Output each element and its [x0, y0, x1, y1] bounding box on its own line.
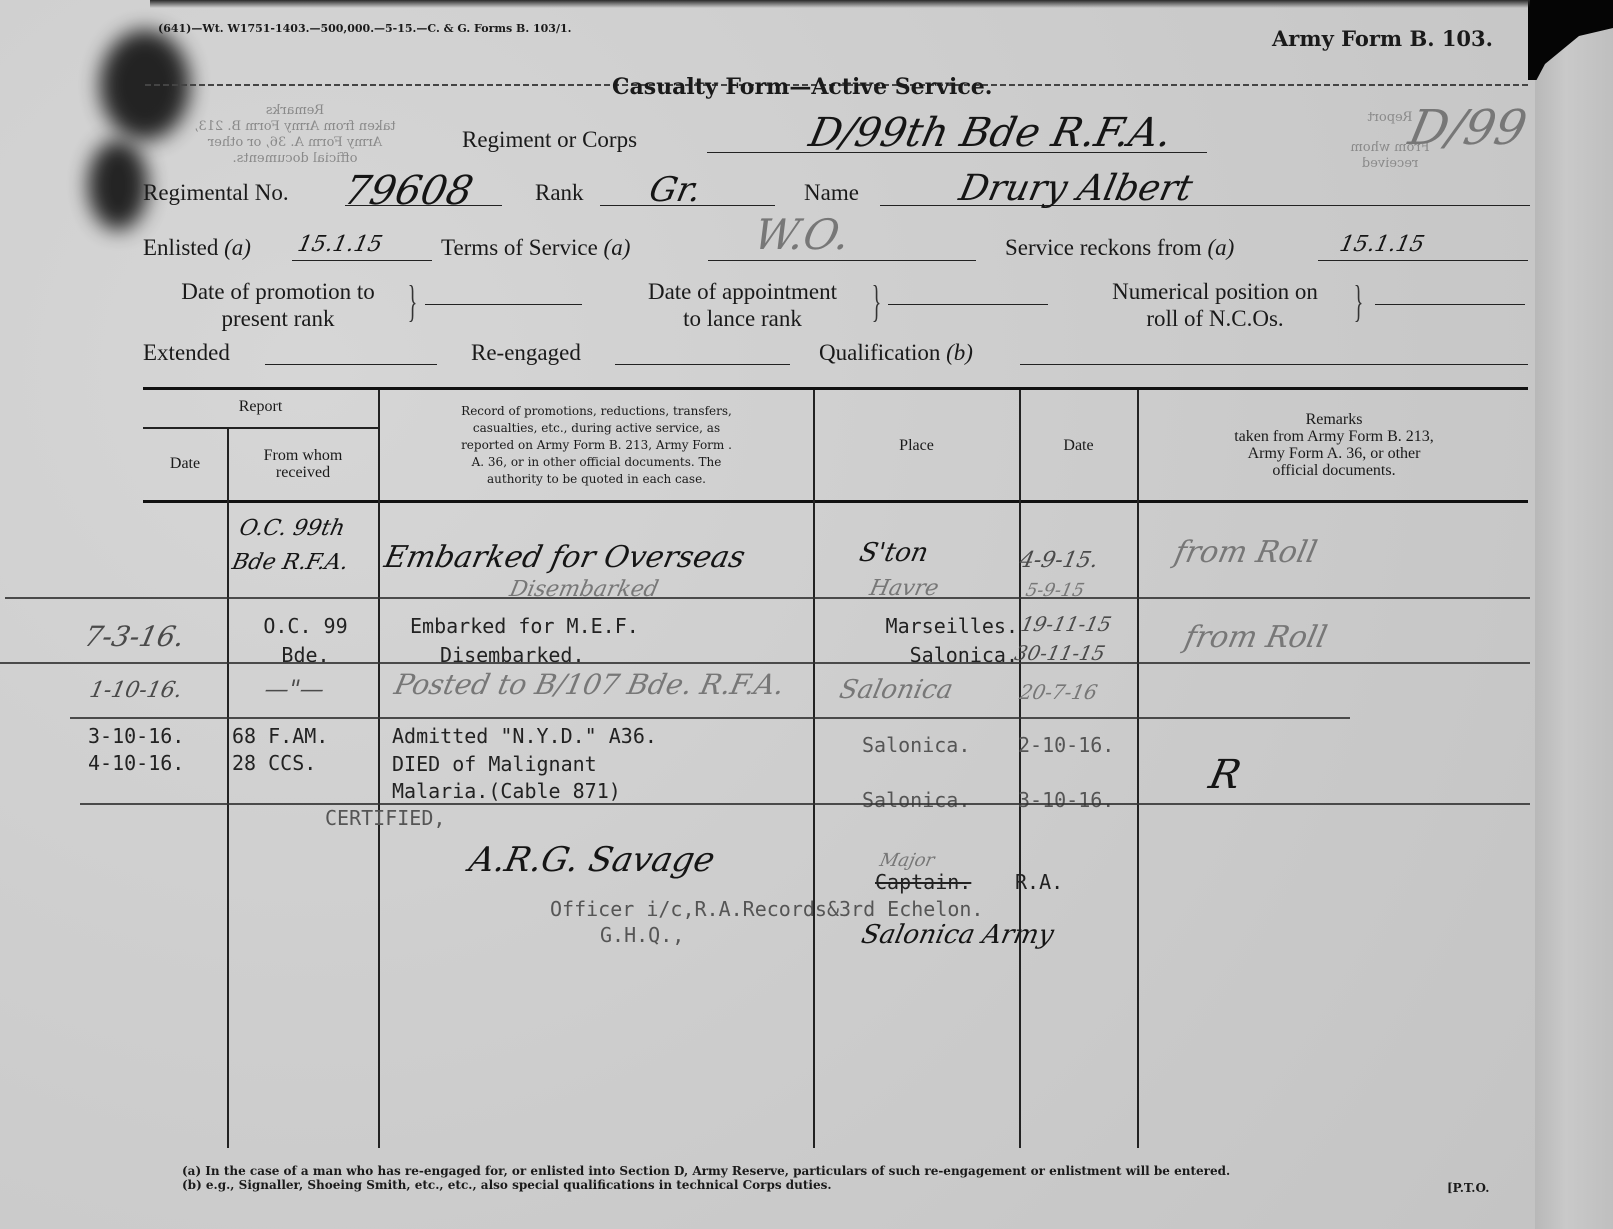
- row-from-whom: —"—: [262, 675, 327, 703]
- row-record: Embarked for Overseas: [381, 540, 748, 575]
- officer-signature: A.R.G. Savage: [466, 840, 719, 880]
- header-remarks: Remarks taken from Army Form B. 213, Arm…: [1138, 411, 1530, 479]
- print-reference-line: (641)—Wt. W1751-1403.—500,000.—5-15.—C. …: [158, 22, 571, 35]
- col-divider-3: [813, 390, 815, 1148]
- enlisted-field-line: [292, 260, 432, 261]
- corps-label: R.A.: [1015, 870, 1063, 894]
- ink-stain-lower: [88, 140, 148, 230]
- nco-position-label: Numerical position on roll of N.C.Os.: [1075, 278, 1355, 332]
- header-report: Report: [143, 398, 378, 415]
- rank-label: Rank: [535, 180, 584, 206]
- row-remarks: from Roll: [1181, 620, 1330, 655]
- promotion-brace: }: [408, 276, 418, 327]
- regimental-no-label: Regimental No.: [143, 180, 289, 206]
- table-header-bottom-rule: [143, 500, 1528, 503]
- reengaged-field-line: [615, 364, 790, 365]
- regimental-no-value[interactable]: 79608: [340, 168, 477, 214]
- rank-struck: Captain.: [875, 870, 971, 894]
- pto-marker: [P.T.O.: [1447, 1181, 1489, 1195]
- certified-label: CERTIFIED,: [325, 806, 445, 830]
- row-remarks: from Roll: [1171, 535, 1320, 570]
- header-from-whom: From whom received: [228, 447, 378, 481]
- service-reckons-label: Service reckons from (a): [1005, 235, 1234, 261]
- header-record: Record of promotions, reductions, transf…: [380, 403, 813, 488]
- col-divider-2: [378, 390, 380, 1148]
- row-divider: [5, 597, 1530, 599]
- service-reckons-value[interactable]: 15.1.15: [1337, 232, 1426, 257]
- reengaged-label: Re-engaged: [471, 340, 581, 366]
- promotion-label: Date of promotion to present rank: [143, 278, 413, 332]
- table-top-rule: [143, 387, 1528, 390]
- rank-correction: Major: [878, 850, 937, 871]
- qualification-label: Qualification (b): [819, 340, 973, 366]
- row-record: DIED of Malignant Malaria.(Cable 871): [392, 751, 621, 805]
- col-divider-4: [1019, 390, 1021, 1148]
- enlisted-value[interactable]: 15.1.15: [295, 232, 384, 257]
- row-place: Salonica: [837, 675, 956, 705]
- form-number: Army Form B. 103.: [1272, 26, 1493, 51]
- bleed-through-left: Remarks taken from Army Form B. 213, Arm…: [180, 103, 410, 167]
- row-date: 19-11-15 30-11-15: [1012, 610, 1114, 668]
- nco-brace: }: [1354, 276, 1364, 327]
- row-from-whom: 28 CCS.: [232, 751, 316, 775]
- footnote-a: (a) In the case of a man who has re-enga…: [182, 1164, 1230, 1178]
- row-place: Salonica.: [862, 788, 970, 812]
- row-report-date: 4-10-16.: [88, 751, 184, 775]
- regiment-label: Regiment or Corps: [462, 127, 637, 153]
- appointment-field-line: [888, 304, 1048, 305]
- nco-field-line: [1375, 304, 1525, 305]
- row-place: Salonica.: [862, 733, 970, 757]
- service-reckons-field-line: [1318, 260, 1528, 261]
- row-divider: [0, 662, 1530, 664]
- location-stamp: Salonica Army: [859, 920, 1057, 950]
- extended-label: Extended: [143, 340, 230, 366]
- header-report-date: Date: [143, 455, 227, 472]
- report-header-divider: [143, 427, 378, 429]
- row-report-date: 1-10-16.: [87, 678, 184, 703]
- regiment-value[interactable]: D/99th Bde R.F.A.: [805, 110, 1176, 156]
- torn-page-edge: [1535, 0, 1613, 1229]
- row-place: S'ton: [857, 538, 931, 568]
- row-from-whom: O.C. 99th Bde R.F.A.: [229, 512, 359, 580]
- row-date: 20-7-16: [1017, 680, 1099, 704]
- row-report-date: 7-3-16.: [81, 620, 187, 653]
- header-date: Date: [1020, 437, 1137, 454]
- row-from-whom: 68 F.AM.: [232, 724, 328, 748]
- row-record: Posted to B/107 Bde. R.F.A.: [391, 668, 787, 701]
- row-divider: [80, 803, 1530, 805]
- appointment-label: Date of appointment to lance rank: [610, 278, 875, 332]
- row-record: Admitted "N.Y.D." A36.: [392, 724, 657, 748]
- row-divider: [70, 717, 1350, 719]
- form-title: Casualty Form—Active Service.: [612, 74, 992, 100]
- name-value[interactable]: Drury Albert: [956, 168, 1197, 209]
- qualification-field-line: [1020, 364, 1528, 365]
- terms-of-service-label: Terms of Service (a): [441, 235, 630, 261]
- col-divider-1: [227, 428, 229, 1148]
- terms-value[interactable]: W.O.: [750, 210, 855, 259]
- col-divider-5: [1137, 390, 1139, 1148]
- row-date: 2-10-16.: [1018, 733, 1114, 757]
- row-date: 4-9-15.: [1017, 548, 1100, 573]
- header-place: Place: [814, 437, 1019, 454]
- ghq-label: G.H.Q.,: [600, 923, 684, 947]
- margin-annotation: D/99: [1404, 100, 1532, 156]
- row-date: 3-10-16.: [1018, 788, 1114, 812]
- records-office-line: Officer i/c,R.A.Records&3rd Echelon.: [550, 897, 983, 921]
- terms-field-line: [708, 260, 976, 261]
- row-report-date: 3-10-16.: [88, 724, 184, 748]
- name-label: Name: [804, 180, 859, 206]
- scan-top-shadow: [150, 0, 1530, 8]
- enlisted-label: Enlisted (a): [143, 235, 251, 261]
- extended-field-line: [265, 364, 437, 365]
- rank-value[interactable]: Gr.: [646, 170, 705, 210]
- appointment-brace: }: [872, 276, 882, 327]
- footnote-b: (b) e.g., Signaller, Shoeing Smith, etc.…: [182, 1178, 832, 1192]
- promotion-field-line: [425, 304, 582, 305]
